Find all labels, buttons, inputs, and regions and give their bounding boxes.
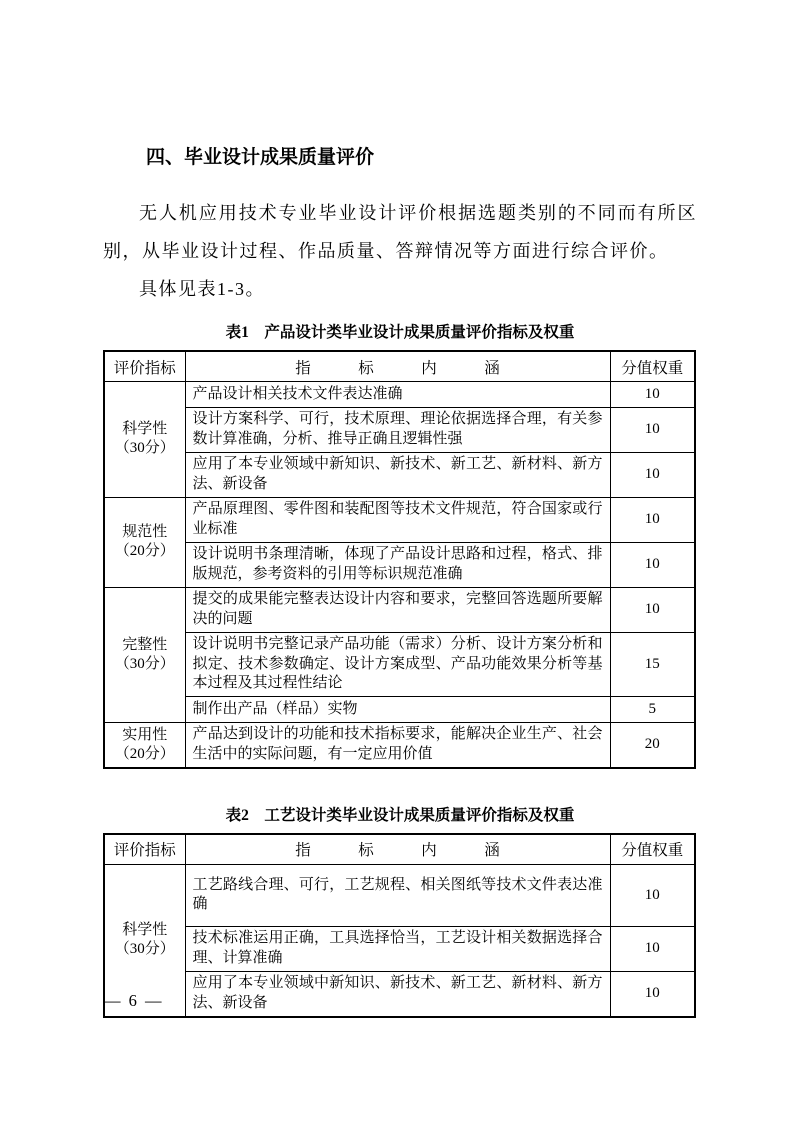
indicator-cell: 制作出产品（样品）实物 bbox=[185, 697, 610, 723]
table2-header-weight: 分值权重 bbox=[610, 834, 695, 865]
table2-evaluation-criteria: 评价指标 指 标 内 涵 分值权重 科学性 （30分） 工艺路线合理、可行，工艺… bbox=[103, 833, 696, 1018]
table1-header-weight: 分值权重 bbox=[610, 351, 695, 382]
weight-cell: 10 bbox=[610, 497, 695, 542]
table-row: 实用性 （20分） 产品达到设计的功能和技术指标要求，能解决企业生产、社会生活中… bbox=[104, 722, 695, 768]
category-cell-scientific: 科学性 （30分） bbox=[104, 382, 185, 498]
table-row: 科学性 （30分） 工艺路线合理、可行，工艺规程、相关图纸等技术文件表达准确 1… bbox=[104, 864, 695, 926]
weight-cell: 10 bbox=[610, 926, 695, 971]
table1-title: 表1 产品设计类毕业设计成果质量评价指标及权重 bbox=[103, 320, 697, 342]
weight-cell: 10 bbox=[610, 587, 695, 632]
table-row: 制作出产品（样品）实物 5 bbox=[104, 697, 695, 723]
table1-header-indicator: 评价指标 bbox=[104, 351, 185, 382]
indicator-cell: 应用了本专业领域中新知识、新技术、新工艺、新材料、新方法、新设备 bbox=[185, 452, 610, 497]
table-row: 规范性 （20分） 产品原理图、零件图和装配图等技术文件规范，符合国家或行业标准… bbox=[104, 497, 695, 542]
table-row: 技术标准运用正确，工具选择恰当，工艺设计相关数据选择合理、计算准确 10 bbox=[104, 926, 695, 971]
weight-cell: 10 bbox=[610, 971, 695, 1017]
indicator-cell: 设计方案科学、可行，技术原理、理论依据选择合理，有关参数计算准确，分析、推导正确… bbox=[185, 407, 610, 452]
weight-cell: 10 bbox=[610, 864, 695, 926]
indicator-cell: 技术标准运用正确，工具选择恰当，工艺设计相关数据选择合理、计算准确 bbox=[185, 926, 610, 971]
page-number: — 6 — bbox=[104, 991, 164, 1011]
indicator-cell: 提交的成果能完整表达设计内容和要求，完整回答选题所要解决的问题 bbox=[185, 587, 610, 632]
table1-evaluation-criteria: 评价指标 指 标 内 涵 分值权重 科学性 （30分） 产品设计相关技术文件表达… bbox=[103, 350, 696, 769]
table-row: 完整性 （30分） 提交的成果能完整表达设计内容和要求，完整回答选题所要解决的问… bbox=[104, 587, 695, 632]
category-score: （30分） bbox=[107, 655, 183, 674]
table2-title: 表2 工艺设计类毕业设计成果质量评价指标及权重 bbox=[103, 803, 697, 825]
category-score: （30分） bbox=[107, 439, 183, 458]
category-cell-practicality: 实用性 （20分） bbox=[104, 722, 185, 768]
category-name: 完整性 bbox=[107, 636, 183, 655]
category-name: 科学性 bbox=[107, 420, 183, 439]
table-row: 设计说明书条理清晰，体现了产品设计思路和过程，格式、排版规范，参考资料的引用等标… bbox=[104, 542, 695, 587]
category-name: 实用性 bbox=[107, 726, 183, 745]
indicator-cell: 工艺路线合理、可行，工艺规程、相关图纸等技术文件表达准确 bbox=[185, 864, 610, 926]
category-score: （30分） bbox=[107, 940, 183, 959]
indicator-cell: 产品达到设计的功能和技术指标要求，能解决企业生产、社会生活中的实际问题，有一定应… bbox=[185, 722, 610, 768]
document-page: 四、毕业设计成果质量评价 无人机应用技术专业毕业设计评价根据选题类别的不同而有所… bbox=[0, 0, 793, 1122]
category-score: （20分） bbox=[107, 542, 183, 561]
category-name: 科学性 bbox=[107, 921, 183, 940]
weight-cell: 10 bbox=[610, 407, 695, 452]
body-paragraph: 无人机应用技术专业毕业设计评价根据选题类别的不同而有所区别，从毕业设计过程、作品… bbox=[103, 194, 697, 270]
category-score: （20分） bbox=[107, 745, 183, 764]
table2-header-row: 评价指标 指 标 内 涵 分值权重 bbox=[104, 834, 695, 865]
table1-header-content: 指 标 内 涵 bbox=[185, 351, 610, 382]
category-cell-completeness: 完整性 （30分） bbox=[104, 587, 185, 722]
category-cell-standardization: 规范性 （20分） bbox=[104, 497, 185, 587]
indicator-cell: 应用了本专业领域中新知识、新技术、新工艺、新材料、新方法、新设备 bbox=[185, 971, 610, 1017]
table-row: 应用了本专业领域中新知识、新技术、新工艺、新材料、新方法、新设备 10 bbox=[104, 452, 695, 497]
table-row: 科学性 （30分） 产品设计相关技术文件表达准确 10 bbox=[104, 382, 695, 408]
weight-cell: 10 bbox=[610, 542, 695, 587]
weight-cell: 10 bbox=[610, 382, 695, 408]
body-paragraph-2: 具体见表1-3。 bbox=[103, 270, 697, 308]
indicator-cell: 产品设计相关技术文件表达准确 bbox=[185, 382, 610, 408]
weight-cell: 5 bbox=[610, 697, 695, 723]
weight-cell: 20 bbox=[610, 722, 695, 768]
weight-cell: 10 bbox=[610, 452, 695, 497]
document-content: 四、毕业设计成果质量评价 无人机应用技术专业毕业设计评价根据选题类别的不同而有所… bbox=[103, 146, 697, 1018]
indicator-cell: 设计说明书完整记录产品功能（需求）分析、设计方案分析和拟定、技术参数确定、设计方… bbox=[185, 632, 610, 697]
indicator-cell: 产品原理图、零件图和装配图等技术文件规范，符合国家或行业标准 bbox=[185, 497, 610, 542]
table-row: 设计方案科学、可行，技术原理、理论依据选择合理，有关参数计算准确，分析、推导正确… bbox=[104, 407, 695, 452]
indicator-cell: 设计说明书条理清晰，体现了产品设计思路和过程，格式、排版规范，参考资料的引用等标… bbox=[185, 542, 610, 587]
table1-header-row: 评价指标 指 标 内 涵 分值权重 bbox=[104, 351, 695, 382]
section-heading: 四、毕业设计成果质量评价 bbox=[103, 146, 697, 170]
table-row: 应用了本专业领域中新知识、新技术、新工艺、新材料、新方法、新设备 10 bbox=[104, 971, 695, 1017]
table2-header-content: 指 标 内 涵 bbox=[185, 834, 610, 865]
category-name: 规范性 bbox=[107, 523, 183, 542]
weight-cell: 15 bbox=[610, 632, 695, 697]
table2-header-indicator: 评价指标 bbox=[104, 834, 185, 865]
table-row: 设计说明书完整记录产品功能（需求）分析、设计方案分析和拟定、技术参数确定、设计方… bbox=[104, 632, 695, 697]
